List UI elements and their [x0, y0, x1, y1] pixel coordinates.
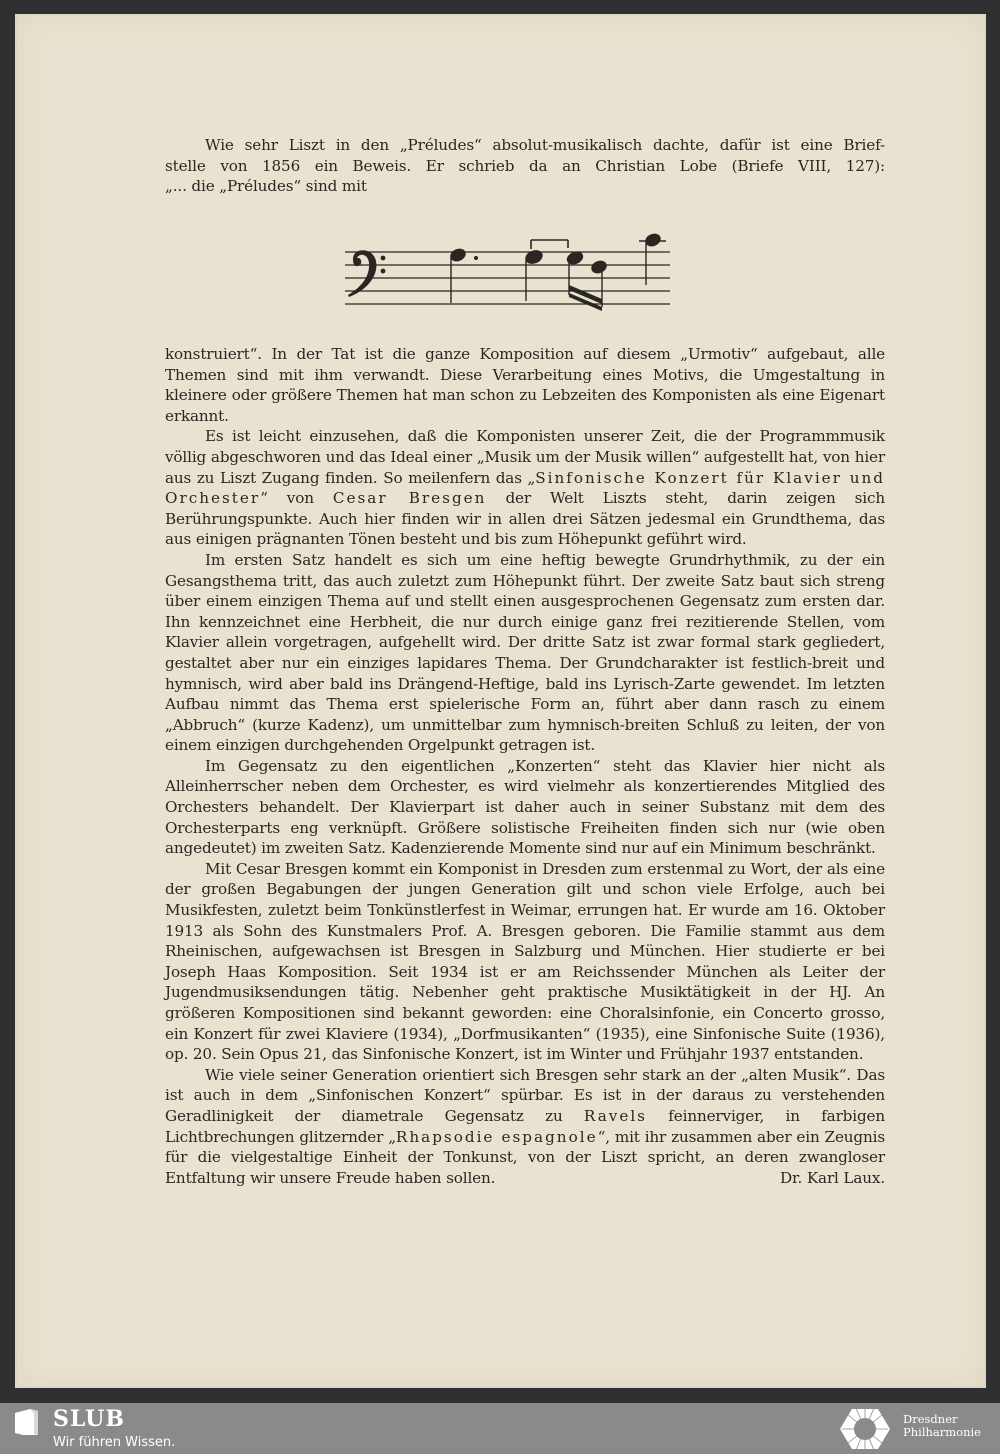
paragraph-5: Mit Cesar Bresgen kommt ein Komponist in… — [165, 859, 885, 1065]
intro-line-3: „... die „Préludes“ sind mit — [165, 176, 885, 197]
slub-book-icon — [12, 1407, 42, 1437]
paragraph-4: Im Gegensatz zu den eigentlichen „Konzer… — [165, 756, 885, 859]
slub-logo-text[interactable]: SLUB — [53, 1406, 125, 1432]
music-notation-urmotiv — [343, 225, 673, 315]
paragraph-2: Es ist leicht einzusehen, daß die Kompon… — [165, 426, 885, 550]
author-signature: Dr. Karl Laux. — [740, 1168, 885, 1189]
intro-line-1: Wie sehr Liszt in den „Préludes“ absolut… — [165, 135, 885, 156]
ravel-name: Ravels — [584, 1107, 647, 1125]
paragraph-1: konstruiert“. In der Tat ist die ganze K… — [165, 344, 885, 426]
article-body: konstruiert“. In der Tat ist die ganze K… — [165, 344, 885, 1188]
bass-clef-icon — [348, 250, 385, 297]
paragraph-6: Wie viele seiner Generation orientiert s… — [165, 1065, 885, 1189]
footer-bar: SLUB Wir führen Wissen. Dresdner Philhar… — [0, 1403, 1000, 1454]
dresdner-philharmonie-sunburst-icon — [840, 1404, 890, 1454]
paragraph-3: Im ersten Satz handelt es sich um eine h… — [165, 550, 885, 756]
slub-tagline: Wir führen Wissen. — [53, 1435, 175, 1450]
composer-name: Cesar Bresgen — [333, 489, 487, 507]
rhapsodie-title: Rhapsodie espagnole — [396, 1128, 598, 1146]
intro-paragraph: Wie sehr Liszt in den „Préludes“ absolut… — [165, 135, 885, 197]
dresdner-philharmonie-logo-text[interactable]: Dresdner Philharmonie — [903, 1413, 981, 1439]
intro-line-2: stelle von 1856 ein Beweis. Er schrieb d… — [165, 156, 885, 177]
